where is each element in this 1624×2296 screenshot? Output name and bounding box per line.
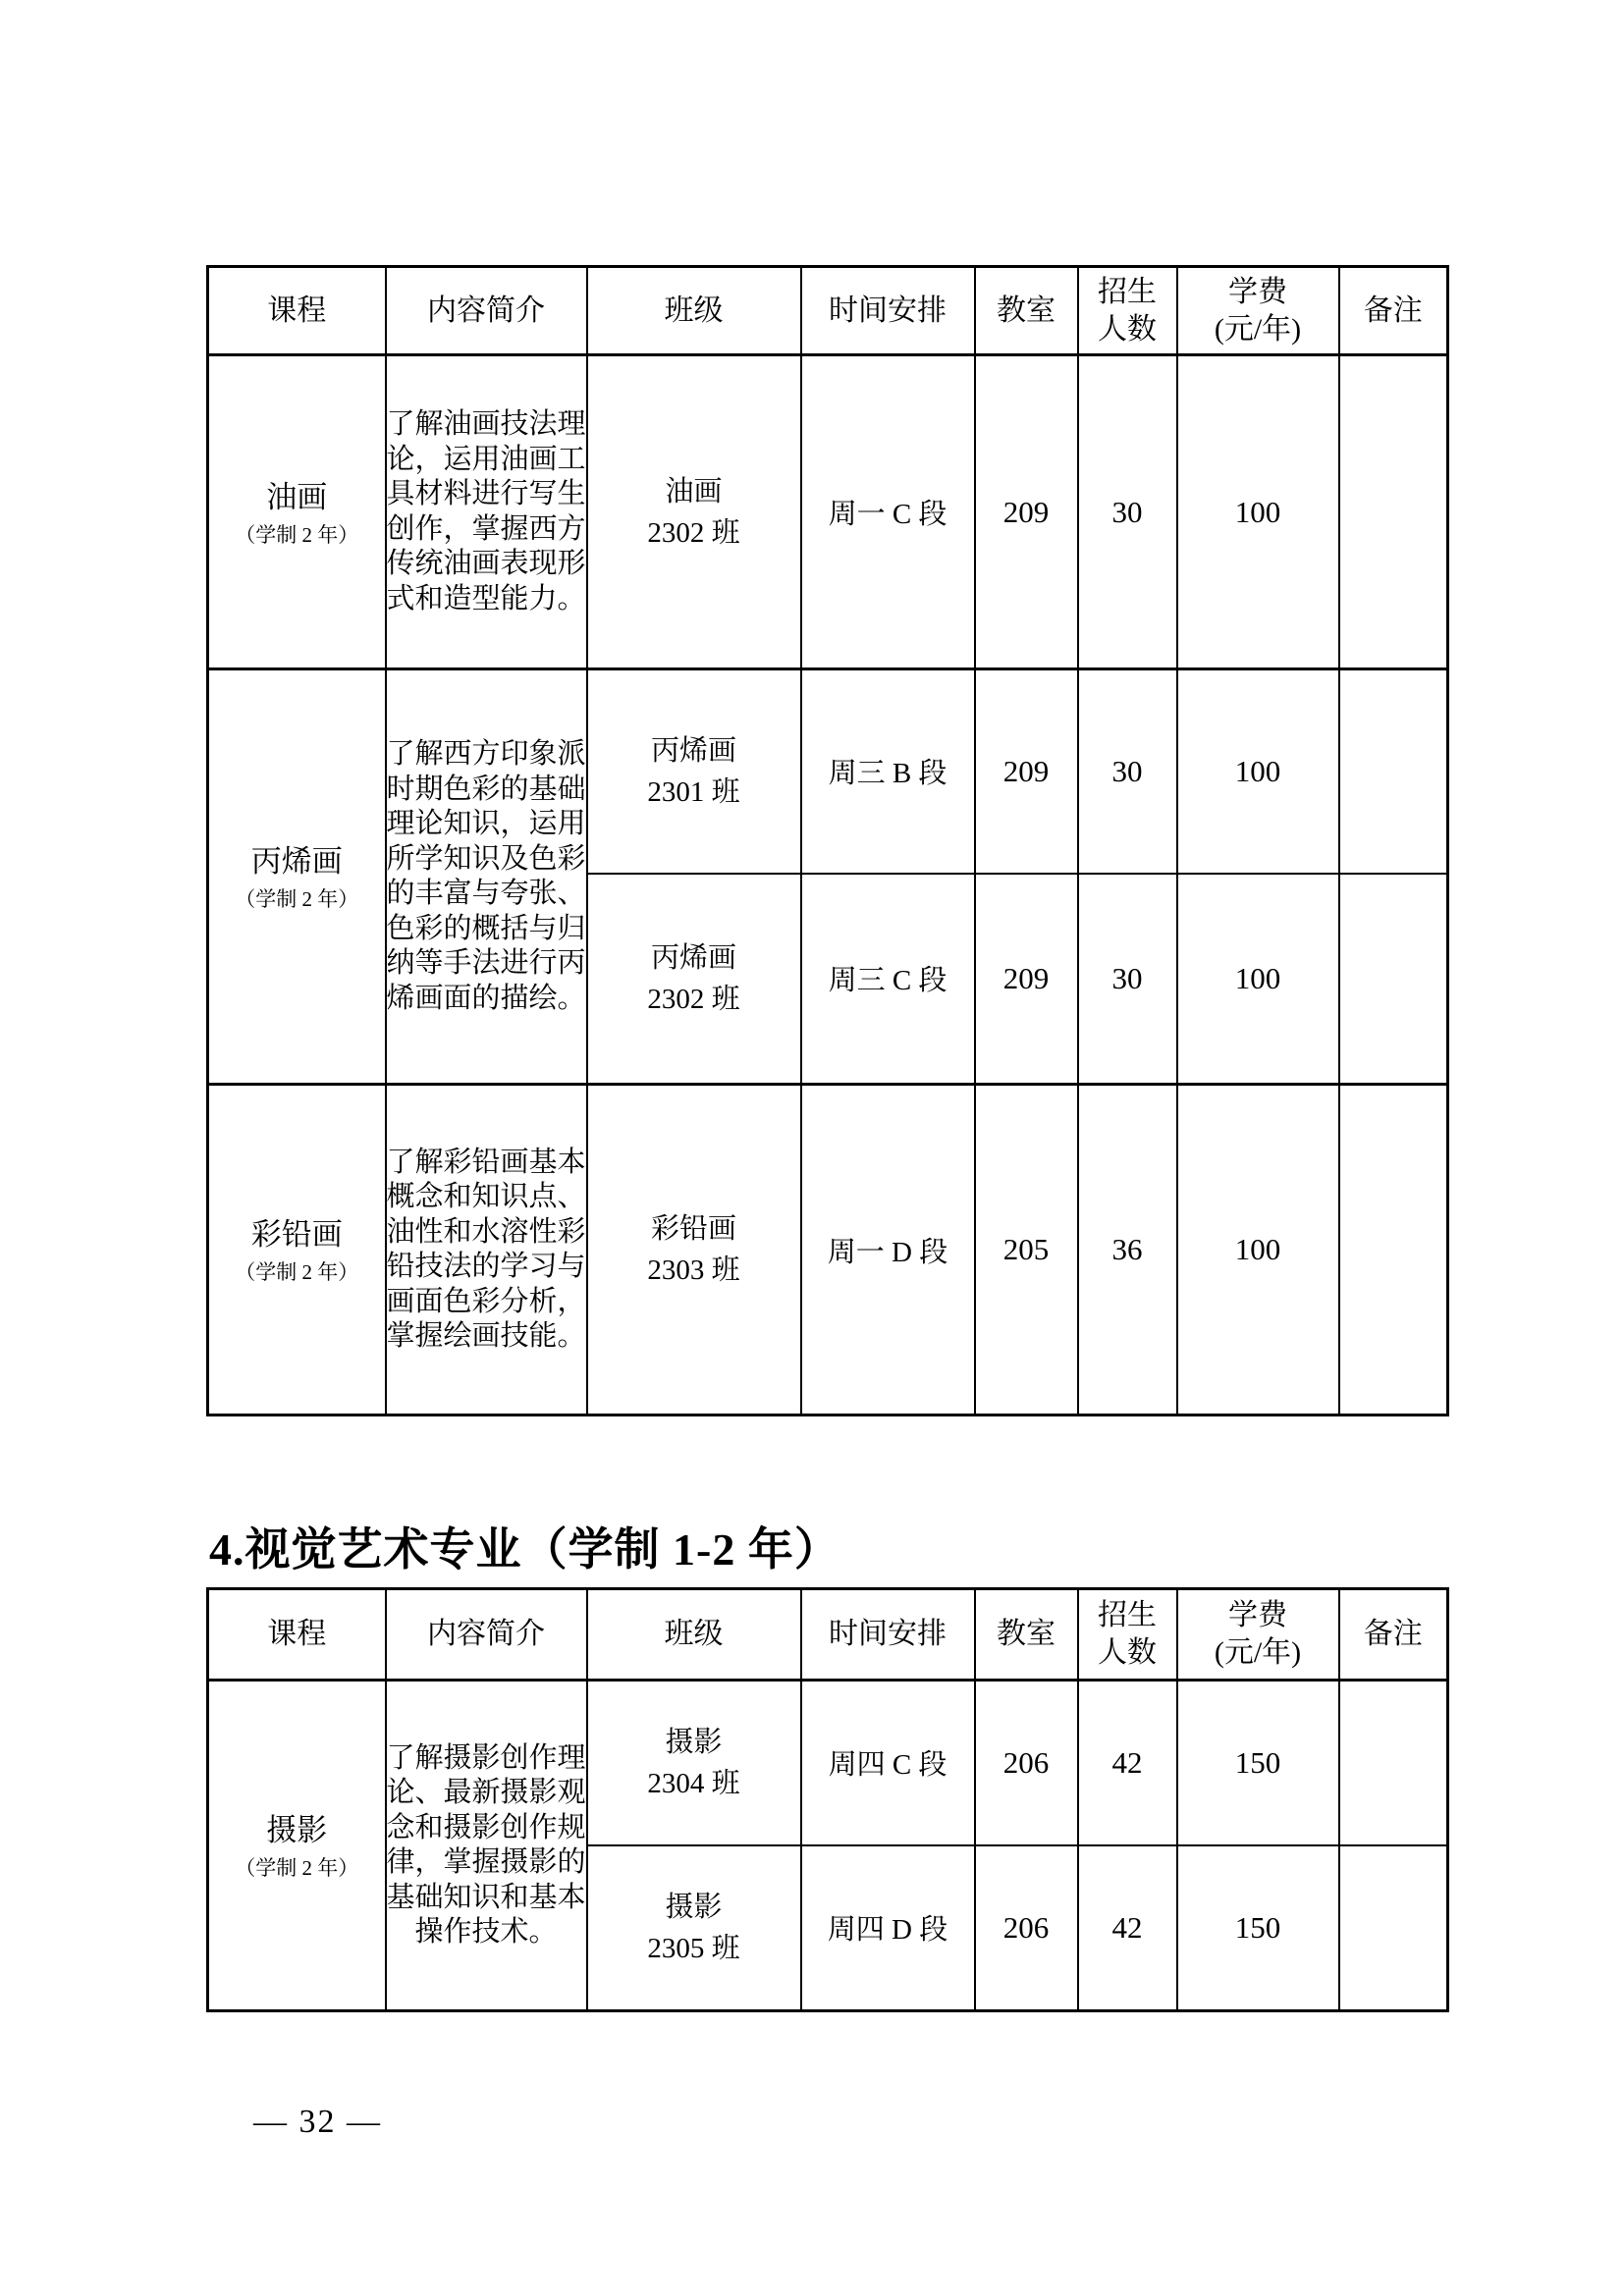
header-class: 班级 — [587, 267, 801, 355]
course-table-1: 课程 内容简介 班级 时间安排 教室 招生 人数 学费 (元/年) 备注 油画 … — [206, 265, 1449, 1416]
header-note: 备注 — [1339, 267, 1448, 355]
class-name: 油画 2302 班 — [587, 355, 801, 669]
class-note — [1339, 1681, 1448, 1845]
class-schedule: 周三 B 段 — [801, 669, 975, 874]
class-tuition: 150 — [1177, 1845, 1339, 2011]
class-enrollment: 30 — [1078, 355, 1177, 669]
course-duration: （学制 2 年） — [209, 520, 385, 550]
section-heading: 4.视觉艺术专业（学制 1-2 年） — [209, 1520, 840, 1580]
class-enrollment: 36 — [1078, 1085, 1177, 1415]
course-duration: （学制 2 年） — [209, 1257, 385, 1287]
class-name: 丙烯画 2302 班 — [587, 874, 801, 1085]
class-tuition: 150 — [1177, 1681, 1339, 1845]
course-duration: （学制 2 年） — [209, 1853, 385, 1883]
class-enrollment: 42 — [1078, 1681, 1177, 1845]
class-room: 209 — [975, 355, 1078, 669]
class-note — [1339, 669, 1448, 874]
course-duration: （学制 2 年） — [209, 884, 385, 914]
header-tuition: 学费 (元/年) — [1177, 1589, 1339, 1681]
header-note: 备注 — [1339, 1589, 1448, 1681]
class-enrollment: 30 — [1078, 874, 1177, 1085]
class-schedule: 周三 C 段 — [801, 874, 975, 1085]
class-tuition: 100 — [1177, 1085, 1339, 1415]
class-note — [1339, 1845, 1448, 2011]
header-course: 课程 — [208, 267, 386, 355]
class-note — [1339, 874, 1448, 1085]
class-room: 209 — [975, 669, 1078, 874]
course-cell-acrylic-painting: 丙烯画 （学制 2 年） — [208, 669, 386, 1085]
course-name: 彩铅画 — [209, 1212, 385, 1257]
class-note — [1339, 355, 1448, 669]
header-room: 教室 — [975, 1589, 1078, 1681]
class-name: 摄影 2304 班 — [587, 1681, 801, 1845]
header-enrollment: 招生 人数 — [1078, 1589, 1177, 1681]
class-schedule: 周四 C 段 — [801, 1681, 975, 1845]
course-name: 油画 — [209, 475, 385, 520]
class-room: 206 — [975, 1681, 1078, 1845]
page-number: — 32 — — [253, 2103, 382, 2142]
class-room: 209 — [975, 874, 1078, 1085]
header-room: 教室 — [975, 267, 1078, 355]
class-room: 206 — [975, 1845, 1078, 2011]
header-schedule: 时间安排 — [801, 267, 975, 355]
class-tuition: 100 — [1177, 669, 1339, 874]
header-course: 课程 — [208, 1589, 386, 1681]
class-enrollment: 30 — [1078, 669, 1177, 874]
course-name: 摄影 — [209, 1808, 385, 1853]
class-schedule: 周一 D 段 — [801, 1085, 975, 1415]
table-row: 彩铅画 （学制 2 年） 了解彩铅画基本概念和知识点、油性和水溶性彩铅技法的学习… — [208, 1085, 1448, 1415]
course-cell-colored-pencil: 彩铅画 （学制 2 年） — [208, 1085, 386, 1415]
class-schedule: 周四 D 段 — [801, 1845, 975, 2011]
course-intro: 了解油画技法理论，运用油画工具材料进行写生创作，掌握西方传统油画表现形式和造型能… — [386, 355, 587, 669]
table-header-row: 课程 内容简介 班级 时间安排 教室 招生 人数 学费 (元/年) 备注 — [208, 267, 1448, 355]
table-row: 油画 （学制 2 年） 了解油画技法理论，运用油画工具材料进行写生创作，掌握西方… — [208, 355, 1448, 669]
class-enrollment: 42 — [1078, 1845, 1177, 2011]
class-name: 彩铅画 2303 班 — [587, 1085, 801, 1415]
header-enrollment: 招生 人数 — [1078, 267, 1177, 355]
course-intro: 了解摄影创作理论、最新摄影观念和摄影创作规律，掌握摄影的基础知识和基本操作技术。 — [386, 1681, 587, 2011]
class-name: 丙烯画 2301 班 — [587, 669, 801, 874]
class-tuition: 100 — [1177, 874, 1339, 1085]
table-header-row: 课程 内容简介 班级 时间安排 教室 招生 人数 学费 (元/年) 备注 — [208, 1589, 1448, 1681]
header-tuition: 学费 (元/年) — [1177, 267, 1339, 355]
class-name: 摄影 2305 班 — [587, 1845, 801, 2011]
course-table-2: 课程 内容简介 班级 时间安排 教室 招生 人数 学费 (元/年) 备注 摄影 … — [206, 1587, 1449, 2012]
course-intro: 了解彩铅画基本概念和知识点、油性和水溶性彩铅技法的学习与画面色彩分析，掌握绘画技… — [386, 1085, 587, 1415]
class-note — [1339, 1085, 1448, 1415]
course-intro: 了解西方印象派时期色彩的基础理论知识，运用所学知识及色彩的丰富与夸张、色彩的概括… — [386, 669, 587, 1085]
table-row: 丙烯画 （学制 2 年） 了解西方印象派时期色彩的基础理论知识，运用所学知识及色… — [208, 669, 1448, 874]
header-intro: 内容简介 — [386, 1589, 587, 1681]
class-tuition: 100 — [1177, 355, 1339, 669]
header-schedule: 时间安排 — [801, 1589, 975, 1681]
class-schedule: 周一 C 段 — [801, 355, 975, 669]
class-room: 205 — [975, 1085, 1078, 1415]
course-cell-oil-painting: 油画 （学制 2 年） — [208, 355, 386, 669]
header-class: 班级 — [587, 1589, 801, 1681]
course-name: 丙烯画 — [209, 839, 385, 884]
document-page: 课程 内容简介 班级 时间安排 教室 招生 人数 学费 (元/年) 备注 油画 … — [0, 0, 1624, 2296]
header-intro: 内容简介 — [386, 267, 587, 355]
course-cell-photography: 摄影 （学制 2 年） — [208, 1681, 386, 2011]
table-row: 摄影 （学制 2 年） 了解摄影创作理论、最新摄影观念和摄影创作规律，掌握摄影的… — [208, 1681, 1448, 1845]
